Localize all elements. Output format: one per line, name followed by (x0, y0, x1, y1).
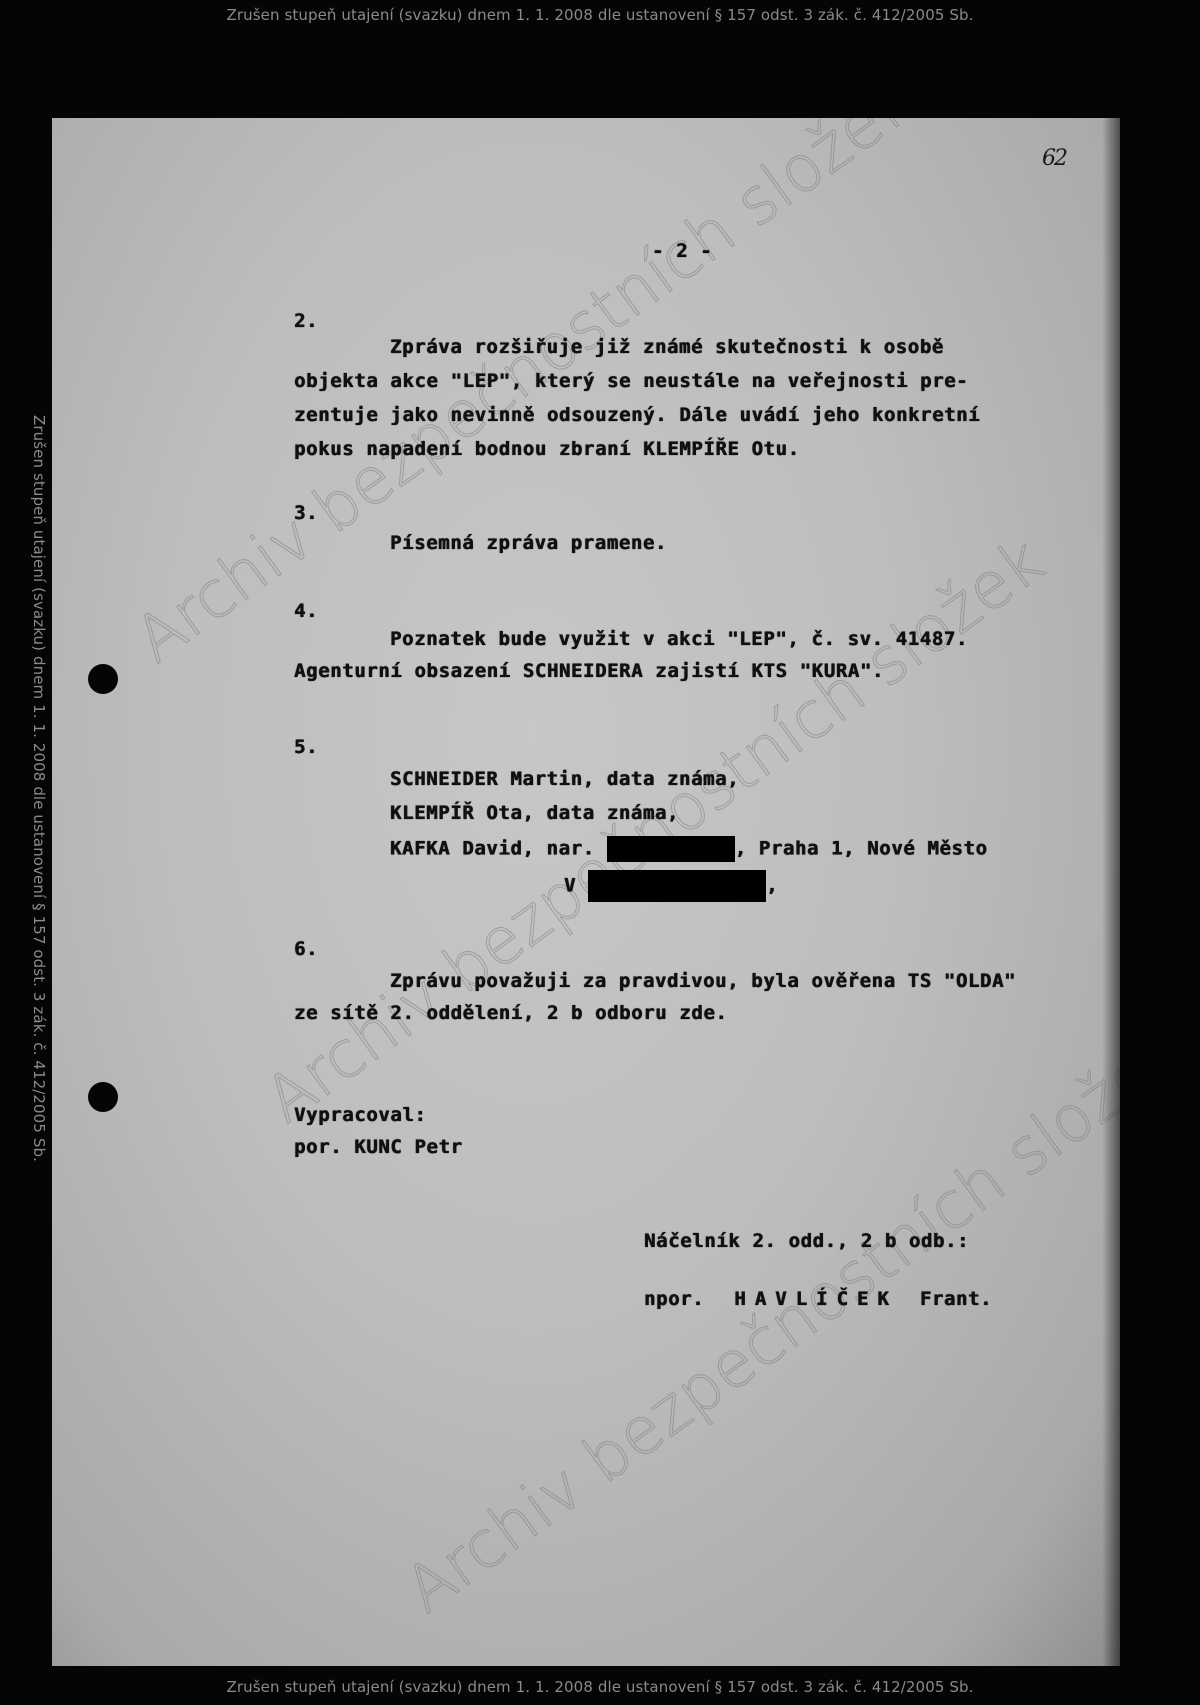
watermark: Archiv bezpečnostních složek (252, 524, 1058, 1138)
watermark: Archiv bezpečnostních složek (122, 118, 928, 678)
handwritten-folio-number: 62 (1042, 146, 1066, 171)
street-prefix: V (564, 875, 588, 897)
watermark: Archiv bezpečnostních složek (392, 1014, 1120, 1628)
page-number: - 2 - (652, 240, 712, 262)
signature-firstname: Frant. (920, 1288, 992, 1310)
signature-rank: npor. (644, 1288, 704, 1310)
section-text-line: Písemná zpráva pramene. (390, 532, 667, 554)
person-line: V , (564, 870, 778, 902)
person-name: KAFKA David, nar. (390, 838, 607, 860)
section-text-line: Agenturní obsazení SCHNEIDERA zajistí KT… (294, 660, 884, 682)
section-number: 3. (294, 502, 318, 524)
declassification-stamp-left: Zrušen stupeň utajení (svazku) dnem 1. 1… (30, 415, 48, 1285)
signature-line: npor. HAVLÍČEK Frant. (644, 1288, 992, 1310)
punch-hole (88, 664, 118, 694)
declassification-stamp-bottom: Zrušen stupeň utajení (svazku) dnem 1. 1… (0, 1678, 1200, 1696)
person-line: KAFKA David, nar. , Praha 1, Nové Město (390, 836, 988, 862)
redaction-block (607, 836, 735, 862)
section-number: 2. (294, 310, 318, 332)
declassification-stamp-top: Zrušen stupeň utajení (svazku) dnem 1. 1… (0, 6, 1200, 24)
punch-hole (88, 1082, 118, 1112)
section-number: 4. (294, 600, 318, 622)
section-text-line: ze sítě 2. oddělení, 2 b odboru zde. (294, 1002, 727, 1024)
person-line: KLEMPÍŘ Ota, data známa, (390, 802, 679, 824)
signature-title: Náčelník 2. odd., 2 b odb.: (644, 1230, 969, 1252)
prepared-by-name: por. KUNC Petr (294, 1136, 463, 1158)
signature-surname: HAVLÍČEK (734, 1288, 898, 1310)
section-number: 5. (294, 736, 318, 758)
section-text-line: zentuje jako nevinně odsouzený. Dále uvá… (294, 404, 980, 426)
section-text-line: pokus napadení bodnou zbraní KLEMPÍŘE Ot… (294, 438, 800, 460)
person-address: , Praha 1, Nové Město (735, 838, 988, 860)
section-text-line: objekta akce "LEP", který se neustále na… (294, 370, 968, 392)
section-text-line: Zprávu považuji za pravdivou, byla ověře… (390, 970, 1016, 992)
document-page: Archiv bezpečnostních složek Archiv bezp… (52, 118, 1120, 1666)
section-text-line: Poznatek bude využit v akci "LEP", č. sv… (390, 628, 968, 650)
section-text-line: Zpráva rozšiřuje již známé skutečnosti k… (390, 336, 944, 358)
prepared-by-label: Vypracoval: (294, 1104, 426, 1126)
redaction-block (588, 870, 766, 902)
person-line: SCHNEIDER Martin, data známa, (390, 768, 739, 790)
section-number: 6. (294, 938, 318, 960)
